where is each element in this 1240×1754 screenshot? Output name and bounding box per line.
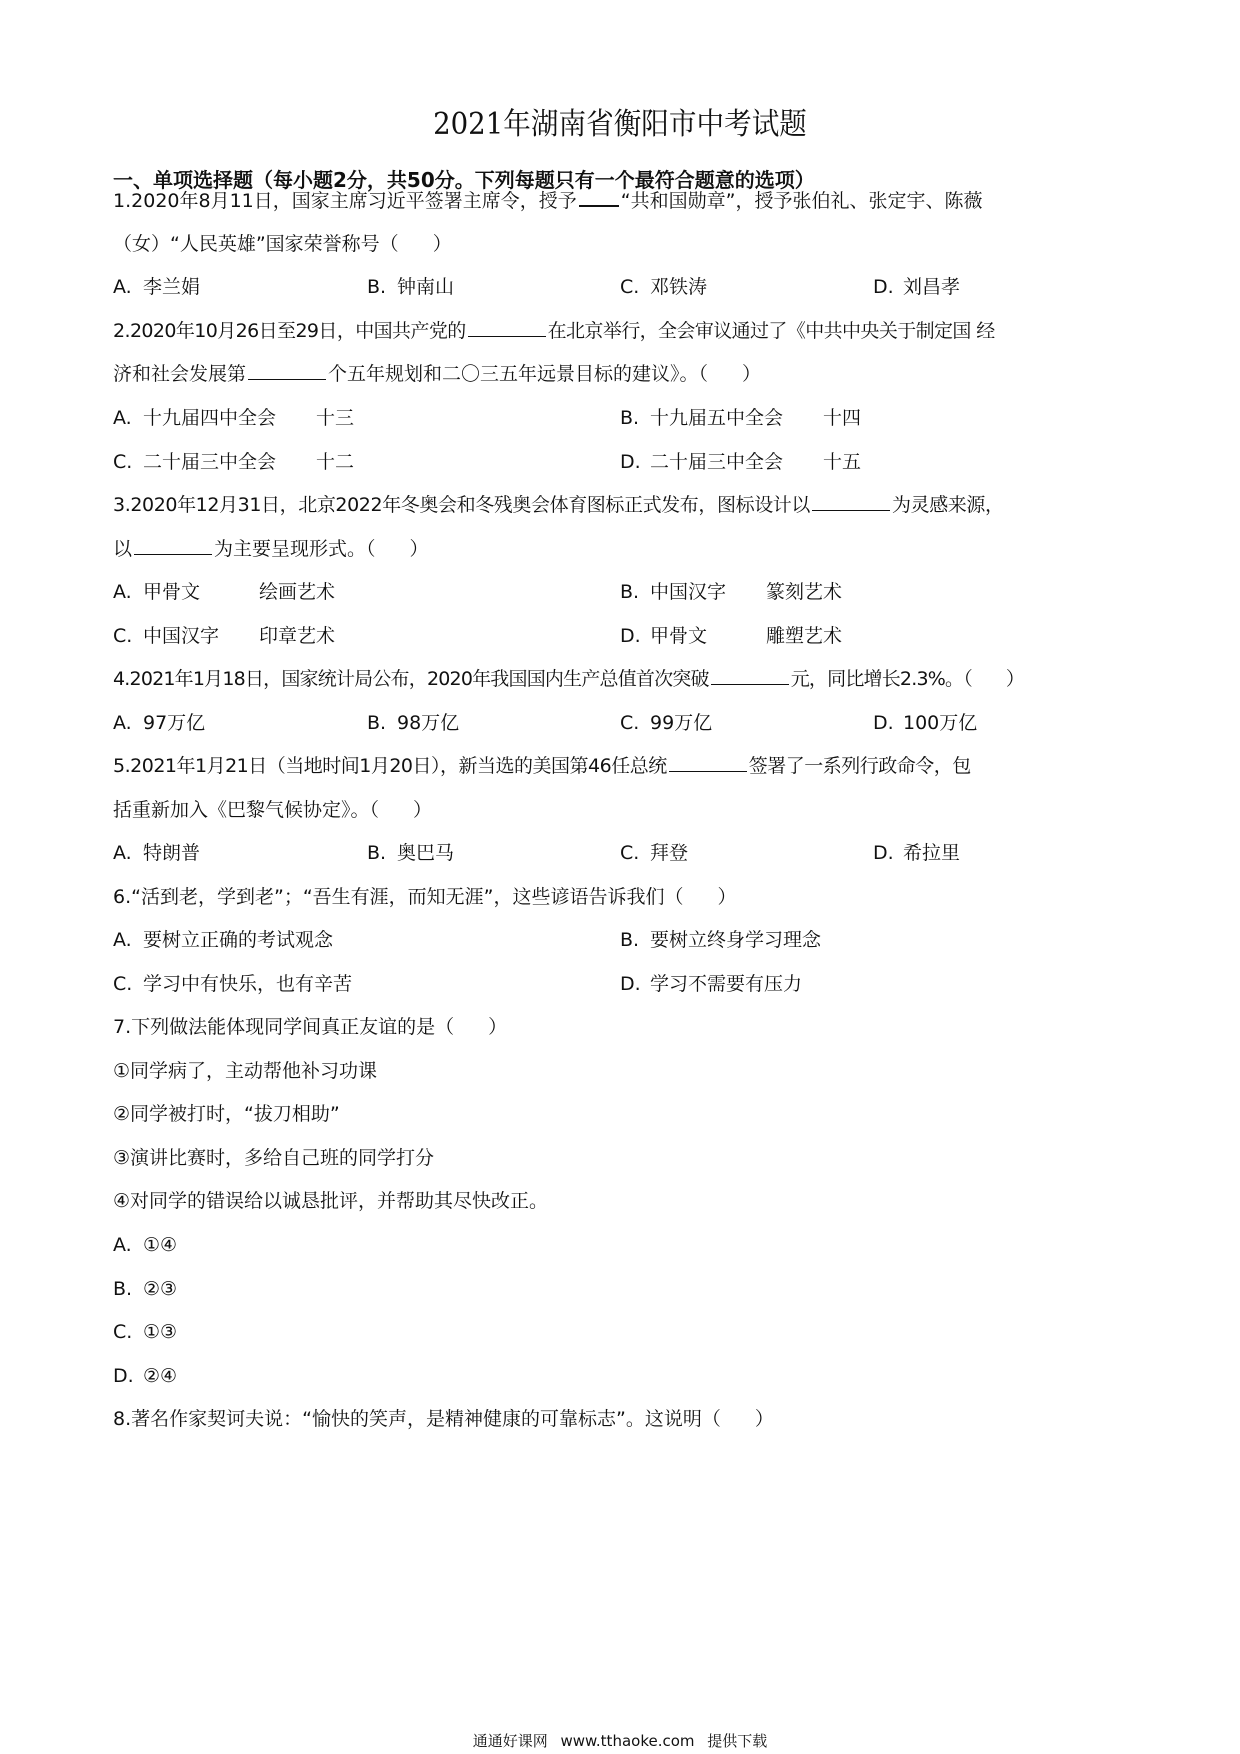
page-title: 2021年湖南省衡阳市中考试题 [50,102,1191,148]
question-2-line-1: 2.2020年10月26日至29日，中国共产党的在北京举行，全会审议通过了《中共… [113,316,995,346]
question-6-line-1: 6.“活到老，学到老”；“吾生有涯，而知无涯”，这些谚语告诉我们（） [113,882,737,912]
question-5-option-c: C.拜登 [620,838,688,868]
question-3-line-1: 3.2020年12月31日，北京2022年冬奥会和冬残奥会体育图标正式发布，图标… [113,490,1004,520]
question-number: 5. [113,755,130,777]
question-2-option-a: A.十九届四中全会十三 [113,403,354,433]
question-3-option-a: A.甲骨文绘画艺术 [113,577,335,607]
question-6-option-a: A.要树立正确的考试观念 [113,925,333,955]
question-6-option-d: D.学习不需要有压力 [620,969,802,999]
question-3-option-b: B.中国汉字篆刻艺术 [620,577,842,607]
answer-blank [134,534,212,555]
answer-blank [579,185,619,207]
question-1-option-d: D.刘昌孝 [873,272,960,302]
answer-blank [669,751,747,772]
answer-blank [248,359,326,380]
question-7-option-d: D.②④ [113,1361,177,1391]
question-number: 6. [113,886,131,908]
answer-blank [812,490,890,511]
question-2-option-b: B.十九届五中全会十四 [620,403,861,433]
question-5-line-2: 括重新加入《巴黎气候协定》。（） [113,795,432,825]
question-2-option-d: D.二十届三中全会十五 [620,447,861,477]
question-1-option-c: C.邓铁涛 [620,272,707,302]
question-7-statement-2: ②同学被打时，“拔刀相助” [113,1099,340,1129]
question-4-option-b: B.98万亿 [367,708,459,738]
question-6-option-b: B.要树立终身学习理念 [620,925,821,955]
question-7-statement-4: ④对同学的错误给以诚恳批评，并帮助其尽快改正。 [113,1186,548,1216]
question-4-option-d: D.100万亿 [873,708,977,738]
question-1-option-b: B.钟南山 [367,272,454,302]
page-footer: 通通好课网 www.tthaoke.com 提供下载 [0,1732,1240,1750]
question-3-option-c: C.中国汉字印章艺术 [113,621,335,651]
question-1-line-2: （女）“人民英雄”国家荣誉称号（） [113,229,452,259]
question-7-option-a: A.①④ [113,1230,177,1260]
question-4-option-a: A.97万亿 [113,708,205,738]
question-8-line-1: 8.著名作家契诃夫说：“愉快的笑声，是精神健康的可靠标志”。这说明（） [113,1404,774,1434]
footer-site-name: 通通好课网 [473,1732,548,1750]
question-1-line-1: 1.2020年8月11日，国家主席习近平签署主席令，授予“共和国勋章”，授予张伯… [113,185,982,216]
question-4-option-c: C.99万亿 [620,708,712,738]
question-7-option-c: C.①③ [113,1317,177,1347]
question-2-line-2: 济和社会发展第个五年规划和二〇三五年远景目标的建议》。（） [113,359,761,389]
question-5-option-b: B.奥巴马 [367,838,454,868]
question-7-statement-3: ③演讲比赛时，多给自己班的同学打分 [113,1143,434,1173]
question-2-option-c: C.二十届三中全会十二 [113,447,354,477]
question-5-line-1: 5.2021年1月21日（当地时间1月20日），新当选的美国第46任总统签署了一… [113,751,971,781]
question-number: 7. [113,1016,131,1038]
answer-blank [711,664,789,685]
question-3-option-d: D.甲骨文雕塑艺术 [620,621,842,651]
question-number: 2. [113,320,130,342]
question-1-option-a: A.李兰娟 [113,272,200,302]
footer-url[interactable]: www.tthaoke.com [560,1732,694,1750]
question-5-option-a: A.特朗普 [113,838,200,868]
footer-suffix: 提供下载 [707,1732,767,1750]
question-number: 3. [113,494,130,516]
answer-blank [468,316,546,337]
exam-page: 2021年湖南省衡阳市中考试题 一、单项选择题（每小题2分，共50分。下列每题只… [0,0,1240,1754]
question-5-option-d: D.希拉里 [873,838,960,868]
question-7-statement-1: ①同学病了，主动帮他补习功课 [113,1056,377,1086]
question-6-option-c: C.学习中有快乐，也有辛苦 [113,969,352,999]
question-3-line-2: 以为主要呈现形式。（） [113,534,429,564]
question-7-option-b: B.②③ [113,1274,177,1304]
question-4-line-1: 4.2021年1月18日，国家统计局公布，2020年我国国内生产总值首次突破元，… [113,664,1024,694]
question-number: 1. [113,190,131,212]
question-number: 8. [113,1408,131,1430]
question-number: 4. [113,668,130,690]
question-7-line-1: 7.下列做法能体现同学间真正友谊的是（） [113,1012,507,1042]
